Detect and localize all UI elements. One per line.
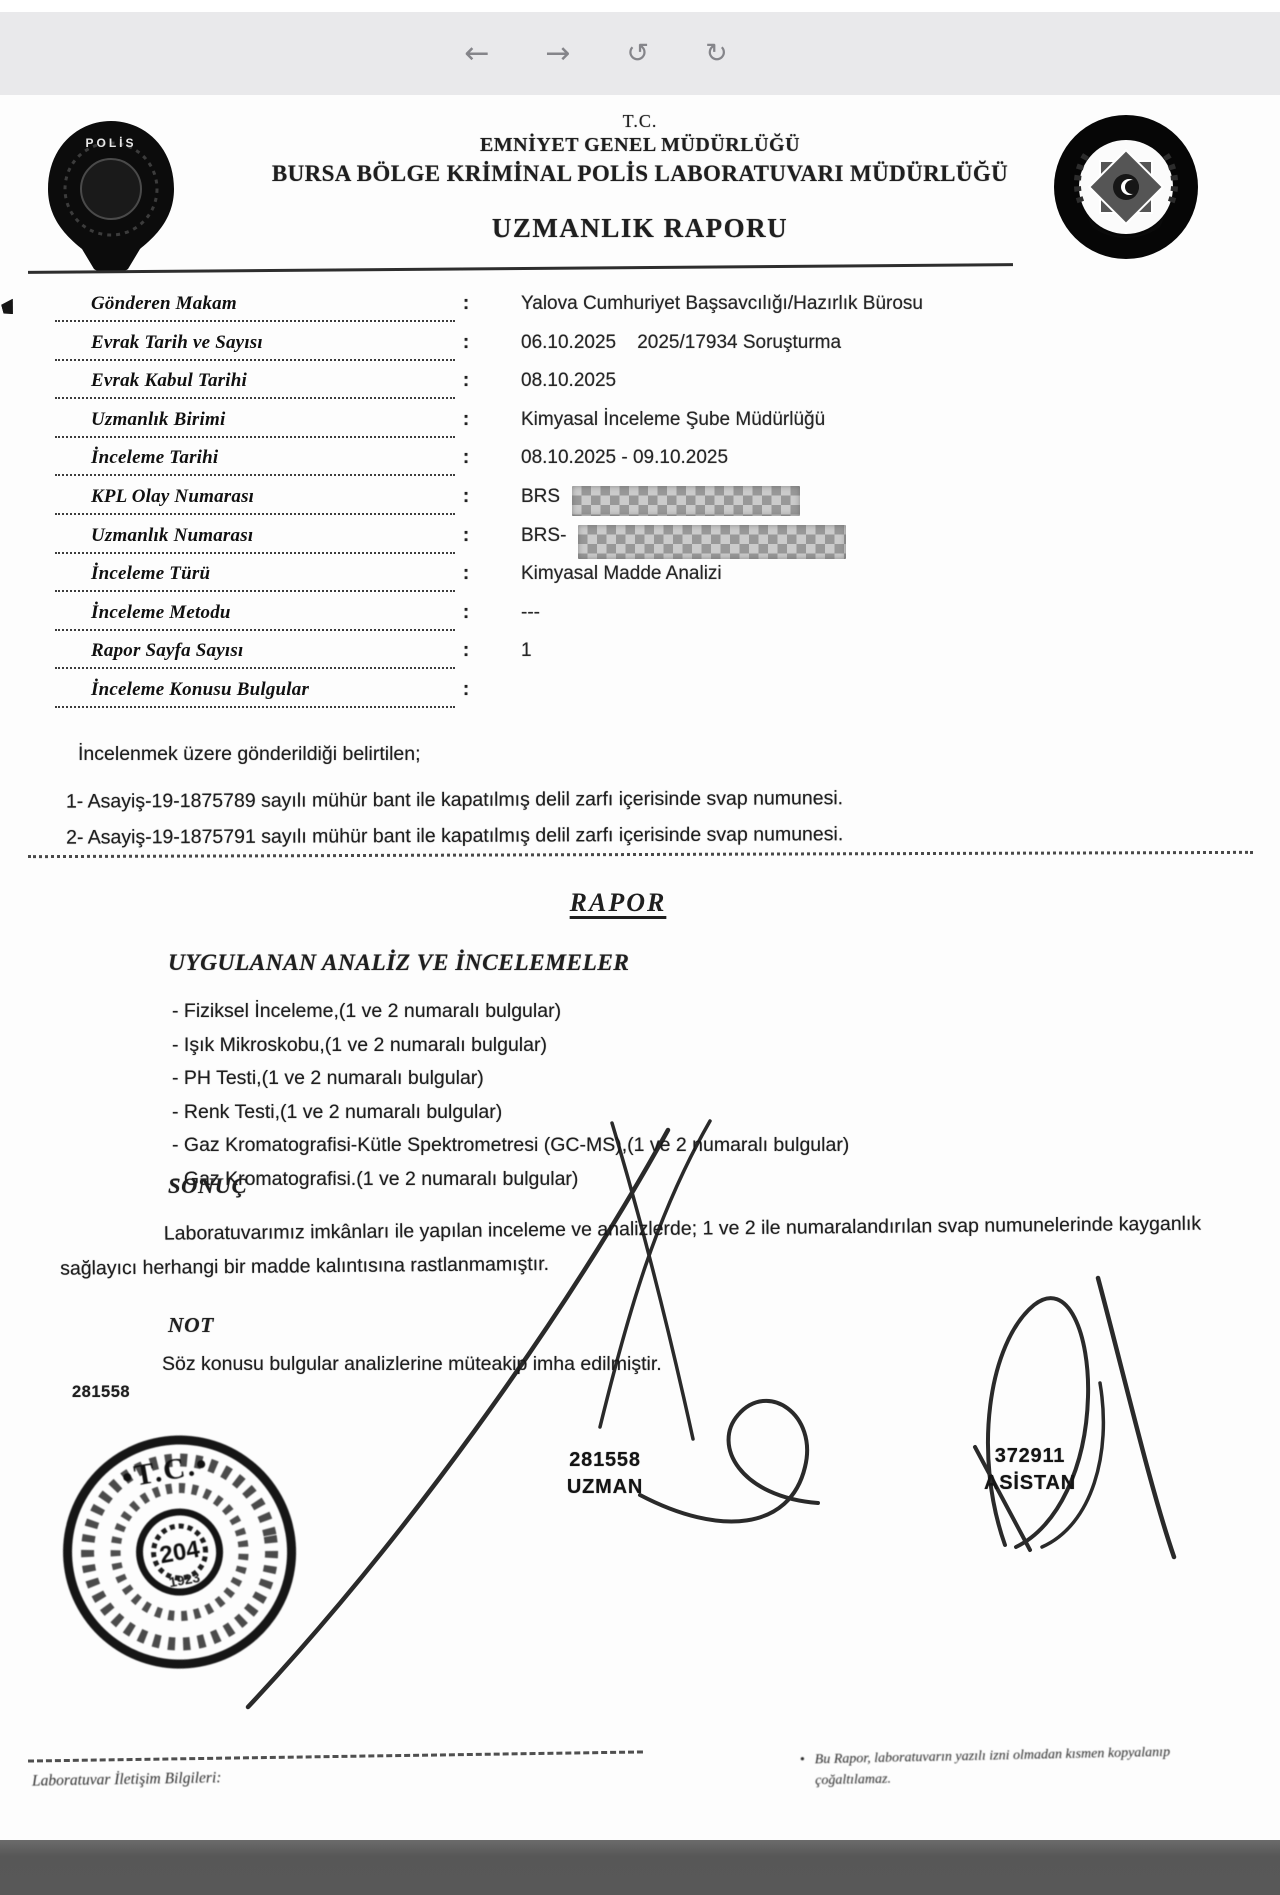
field-colon: : xyxy=(455,679,477,701)
field-label: İnceleme Konusu Bulgular xyxy=(91,679,309,700)
field-label-cell: KPL Olay Numarası xyxy=(55,486,455,515)
field-label: KPL Olay Numarası xyxy=(91,486,254,507)
field-row: KPL Olay Numarası : BRS xyxy=(55,486,1235,525)
field-row: Uzmanlık Birimi : Kimyasal İnceleme Şube… xyxy=(55,409,1235,448)
evidence-list: 1- Asayiş-19-1875789 sayılı mühür bant i… xyxy=(66,778,1256,855)
signature-block: 281558 UZMAN xyxy=(530,1447,680,1501)
footer-bullet: • xyxy=(800,1750,806,1792)
top-strip xyxy=(0,0,1280,12)
police-star-emblem xyxy=(1048,109,1204,270)
analysis-item: - Gaz Kromatografisi.(1 ve 2 numaralı bu… xyxy=(172,1163,849,1197)
viewer-toolbar: ← → ↺ ↻ xyxy=(0,12,1280,95)
analysis-item: - Gaz Kromatografisi-Kütle Spektrometres… xyxy=(172,1129,849,1163)
field-row: İnceleme Tarihi : 08.10.2025 - 09.10.202… xyxy=(55,447,1235,486)
forward-button[interactable]: → xyxy=(539,35,576,73)
field-colon: : xyxy=(455,370,477,392)
analysis-item: - Renk Testi,(1 ve 2 numaralı bulgular) xyxy=(172,1096,849,1130)
footer-note-text: Bu Rapor, laboratuvarın yazılı izni olma… xyxy=(815,1740,1241,1791)
not-heading: NOT xyxy=(168,1313,214,1338)
field-value: Kimyasal İnceleme Şube Müdürlüğü xyxy=(521,409,825,431)
document-page: T.C. EMNİYET GENEL MÜDÜRLÜĞÜ BURSA BÖLGE… xyxy=(0,95,1280,1845)
field-value: --- xyxy=(521,602,540,624)
not-paragraph: Söz konusu bulgular analizlerine müteaki… xyxy=(162,1353,662,1376)
sonuc-heading: SONUÇ xyxy=(168,1173,247,1199)
signature-number: 372911 xyxy=(950,1443,1110,1470)
field-colon: : xyxy=(455,602,477,624)
field-colon: : xyxy=(455,447,477,469)
signature-title: UZMAN xyxy=(530,1474,680,1501)
field-label-cell: Uzmanlık Birimi xyxy=(55,409,455,438)
badge-polis-text: POLİS xyxy=(85,135,136,150)
field-row: Gönderen Makam : Yalova Cumhuriyet Başsa… xyxy=(55,293,1235,332)
footer-separator-line xyxy=(28,1750,643,1762)
field-colon: : xyxy=(455,640,477,662)
rapor-heading-wrap: RAPOR xyxy=(0,888,1280,918)
field-colon: : xyxy=(455,486,477,508)
footer-copyright-note: • Bu Rapor, laboratuvarın yazılı izni ol… xyxy=(800,1740,1241,1791)
analysis-item: - Fiziksel İnceleme,(1 ve 2 numaralı bul… xyxy=(172,995,849,1029)
field-row: Evrak Kabul Tarihi : 08.10.2025 xyxy=(55,370,1235,409)
field-label-cell: İnceleme Metodu xyxy=(55,602,455,631)
field-label-cell: Gönderen Makam xyxy=(55,293,455,322)
field-row: Rapor Sayfa Sayısı : 1 xyxy=(55,640,1235,679)
field-colon: : xyxy=(455,293,477,315)
bottom-bar xyxy=(0,1840,1280,1895)
evidence-item: 2- Asayiş-19-1875791 sayılı mühür bant i… xyxy=(66,814,1256,855)
field-label: İnceleme Türü xyxy=(91,563,210,584)
field-colon: : xyxy=(455,525,477,547)
signature-block: 372911 ASİSTAN xyxy=(950,1443,1110,1497)
back-button[interactable]: ← xyxy=(458,35,495,73)
analysis-item: - Işık Mikroskobu,(1 ve 2 numaralı bulgu… xyxy=(172,1029,849,1063)
field-label: Evrak Kabul Tarihi xyxy=(91,370,247,391)
rotate-ccw-button[interactable]: ↺ xyxy=(621,36,656,71)
signature-number: 281558 xyxy=(530,1447,680,1474)
field-label: Evrak Tarih ve Sayısı xyxy=(91,332,263,353)
scan-artifact-mark xyxy=(0,299,16,317)
field-label: Rapor Sayfa Sayısı xyxy=(91,640,243,661)
field-label-cell: Rapor Sayfa Sayısı xyxy=(55,640,455,669)
report-fields-table: Gönderen Makam : Yalova Cumhuriyet Başsa… xyxy=(55,293,1235,718)
field-row: Evrak Tarih ve Sayısı : 06.10.2025 2025/… xyxy=(55,332,1235,371)
field-colon: : xyxy=(455,332,477,354)
field-label-cell: Evrak Tarih ve Sayısı xyxy=(55,332,455,361)
field-value: Kimyasal Madde Analizi xyxy=(521,563,722,585)
rapor-heading: RAPOR xyxy=(570,888,667,918)
field-row: Uzmanlık Numarası : BRS- xyxy=(55,525,1235,564)
field-label-cell: Evrak Kabul Tarihi xyxy=(55,370,455,399)
evidence-item: 1- Asayiş-19-1875789 sayılı mühür bant i… xyxy=(66,778,1256,819)
analysis-item: - PH Testi,(1 ve 2 numaralı bulgular) xyxy=(172,1062,849,1096)
sonuc-paragraph: Laboratuvarımız imkânları ile yapılan in… xyxy=(60,1207,1241,1285)
rotate-cw-button[interactable]: ↻ xyxy=(699,36,734,71)
viewer-screen: ← → ↺ ↻ T.C. EMNİYET GENEL MÜDÜRLÜĞÜ BUR… xyxy=(0,0,1280,1895)
field-value: BRS- xyxy=(521,525,566,547)
field-value: 08.10.2025 xyxy=(521,370,616,392)
field-row: İnceleme Türü : Kimyasal Madde Analizi xyxy=(55,563,1235,602)
field-label-cell: Uzmanlık Numarası xyxy=(55,525,455,554)
field-label-cell: İnceleme Türü xyxy=(55,563,455,592)
redacted-value xyxy=(578,525,846,559)
field-label: Uzmanlık Numarası xyxy=(91,525,253,546)
police-badge-emblem: POLİS xyxy=(40,117,182,280)
field-value: 06.10.2025 2025/17934 Soruşturma xyxy=(521,332,841,354)
footer-contact-label: Laboratuvar İletişim Bilgileri: xyxy=(32,1769,222,1790)
field-label: İnceleme Tarihi xyxy=(91,447,218,468)
field-label-cell: İnceleme Konusu Bulgular xyxy=(55,679,455,708)
field-value: 1 xyxy=(521,640,532,662)
redacted-value xyxy=(572,486,800,516)
stamp-center-number: 204 xyxy=(158,1536,203,1570)
field-label: Gönderen Makam xyxy=(91,293,237,314)
signature-title: ASİSTAN xyxy=(950,1470,1110,1497)
analysis-list: - Fiziksel İnceleme,(1 ve 2 numaralı bul… xyxy=(172,995,849,1196)
field-row: İnceleme Metodu : --- xyxy=(55,602,1235,641)
field-value: BRS xyxy=(521,486,560,508)
field-label-cell: İnceleme Tarihi xyxy=(55,447,455,476)
field-label: Uzmanlık Birimi xyxy=(91,409,225,430)
field-colon: : xyxy=(455,409,477,431)
field-value: Yalova Cumhuriyet Başsavcılığı/Hazırlık … xyxy=(521,293,923,315)
field-row: İnceleme Konusu Bulgular : xyxy=(55,679,1235,718)
intro-text: İncelenmek üzere gönderildiği belirtilen… xyxy=(78,743,421,766)
analysis-heading: UYGULANAN ANALİZ VE İNCELEMELER xyxy=(168,950,629,977)
field-value: 08.10.2025 - 09.10.2025 xyxy=(521,447,728,469)
registry-number: 281558 xyxy=(72,1383,130,1402)
field-colon: : xyxy=(455,563,477,585)
official-round-stamp: •T.C.• 204 1923 xyxy=(35,1407,325,1702)
field-label: İnceleme Metodu xyxy=(91,602,231,623)
